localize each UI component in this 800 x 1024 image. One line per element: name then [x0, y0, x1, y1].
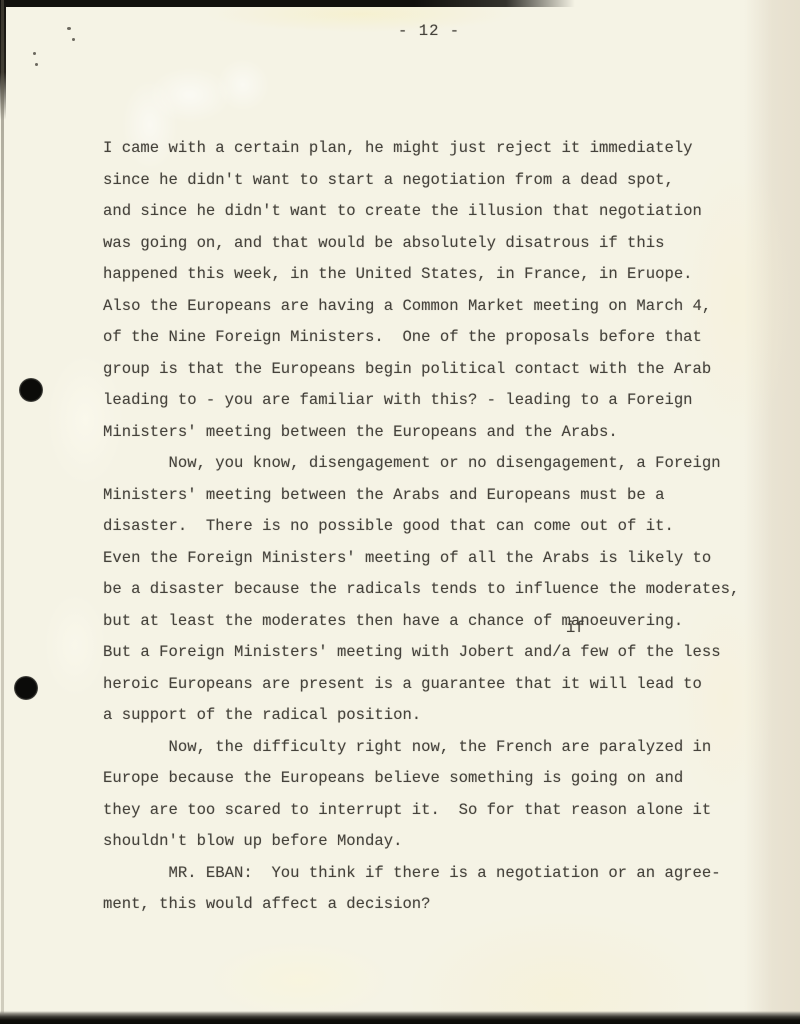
document-body: I came with a certain plan, he might jus… — [103, 133, 793, 921]
typed-line: Even the Foreign Ministers' meeting of a… — [103, 543, 793, 575]
typed-line: since he didn't want to start a negotiat… — [103, 165, 793, 197]
typed-line: Now, you know, disengagement or no disen… — [103, 448, 793, 480]
typed-line: MR. EBAN: You think if there is a negoti… — [103, 858, 793, 890]
typed-line: Ministers' meeting between the Arabs and… — [103, 480, 793, 512]
scan-edge-bottom — [0, 1011, 800, 1024]
page-number: - 12 - — [398, 24, 460, 40]
ink-speck — [35, 63, 38, 66]
typed-line: be a disaster because the radicals tends… — [103, 574, 793, 606]
typed-line: Also the Europeans are having a Common M… — [103, 291, 793, 323]
typed-line: ment, this would affect a decision? — [103, 889, 793, 921]
scanned-page: - 12 - I came with a certain plan, he mi… — [0, 0, 800, 1024]
typed-line: leading to - you are familiar with this?… — [103, 385, 793, 417]
typed-line: Europe because the Europeans believe som… — [103, 763, 793, 795]
ink-speck — [33, 52, 36, 55]
scan-edge-left — [1, 0, 4, 1024]
typed-line: was going on, and that would be absolute… — [103, 228, 793, 260]
typed-line: shouldn't blow up before Monday. — [103, 826, 793, 858]
scan-edge-top — [0, 0, 575, 7]
hole-punch-top — [19, 378, 43, 402]
typed-line: heroic Europeans are present is a guaran… — [103, 669, 793, 701]
typed-line: happened this week, in the United States… — [103, 259, 793, 291]
typed-line: disaster. There is no possible good that… — [103, 511, 793, 543]
ink-speck — [67, 27, 71, 30]
typed-line: of the Nine Foreign Ministers. One of th… — [103, 322, 793, 354]
hole-punch-bottom — [14, 676, 38, 700]
typed-line: they are too scared to interrupt it. So … — [103, 795, 793, 827]
typed-line: but at least the moderates then have a c… — [103, 606, 793, 638]
ink-speck — [72, 38, 75, 41]
typed-line: and since he didn't want to create the i… — [103, 196, 793, 228]
typed-line: Now, the difficulty right now, the Frenc… — [103, 732, 793, 764]
typed-line: I came with a certain plan, he might jus… — [103, 133, 793, 165]
typed-line: group is that the Europeans begin politi… — [103, 354, 793, 386]
inserted-word: if — [566, 621, 585, 637]
typed-line: a support of the radical position. — [103, 700, 793, 732]
typed-line: But a Foreign Ministers' meeting with Jo… — [103, 637, 793, 669]
typed-line: Ministers' meeting between the Europeans… — [103, 417, 793, 449]
